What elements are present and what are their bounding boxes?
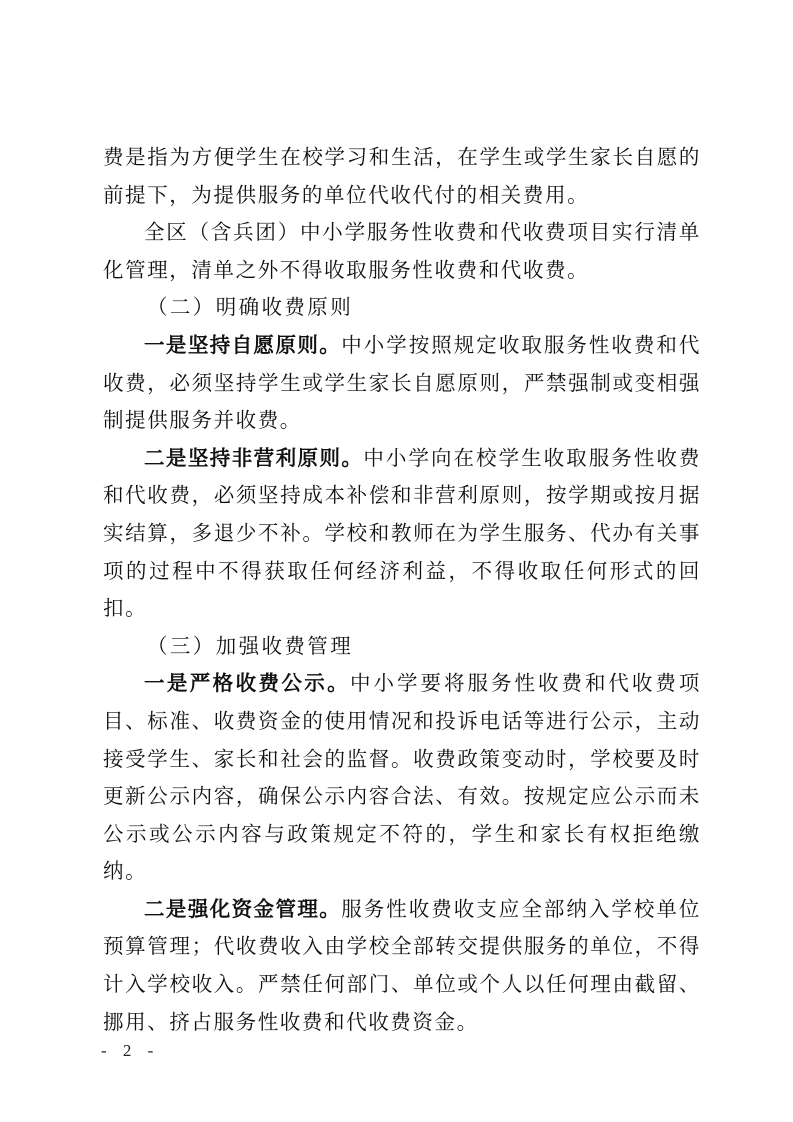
- paragraph-continuation: 费是指为方便学生在校学习和生活，在学生或学生家长自愿的前提下，为提供服务的单位代…: [103, 139, 701, 214]
- paragraph-fee-disclosure: 一是严格收费公示。中小学要将服务性收费和代收费项目、标准、收费资金的使用情况和投…: [103, 665, 701, 891]
- text-fee-disclosure: 中小学要将服务性收费和代收费项目、标准、收费资金的使用情况和投诉电话等进行公示，…: [103, 671, 701, 883]
- paragraph-fund-management: 二是强化资金管理。服务性收费收支应全部纳入学校单位预算管理；代收费收入由学校全部…: [103, 891, 701, 1041]
- lead-fund-management: 二是强化资金管理。: [144, 897, 341, 921]
- paragraph-voluntary-principle: 一是坚持自愿原则。中小学按照规定收取服务性收费和代收费，必须坚持学生或学生家长自…: [103, 327, 701, 440]
- document-body: 费是指为方便学生在校学习和生活，在学生或学生家长自愿的前提下，为提供服务的单位代…: [103, 139, 701, 1041]
- text-nonprofit-principle: 中小学向在校学生收取服务性收费和代收费，必须坚持成本补偿和非营利原则，按学期或按…: [103, 446, 701, 620]
- section-heading-fee-principles: （二）明确收费原则: [103, 289, 701, 327]
- section-heading-fee-management: （三）加强收费管理: [103, 628, 701, 666]
- lead-fee-disclosure: 一是严格收费公示。: [144, 671, 350, 695]
- paragraph-checklist-management: 全区（含兵团）中小学服务性收费和代收费项目实行清单化管理，清单之外不得收取服务性…: [103, 214, 701, 289]
- paragraph-nonprofit-principle: 二是坚持非营利原则。中小学向在校学生收取服务性收费和代收费，必须坚持成本补偿和非…: [103, 440, 701, 628]
- lead-nonprofit-principle: 二是坚持非营利原则。: [144, 446, 363, 470]
- page-number: - 2 -: [101, 1041, 159, 1061]
- document-page: 费是指为方便学生在校学习和生活，在学生或学生家长自愿的前提下，为提供服务的单位代…: [0, 0, 793, 1122]
- lead-voluntary-principle: 一是坚持自愿原则。: [144, 333, 341, 357]
